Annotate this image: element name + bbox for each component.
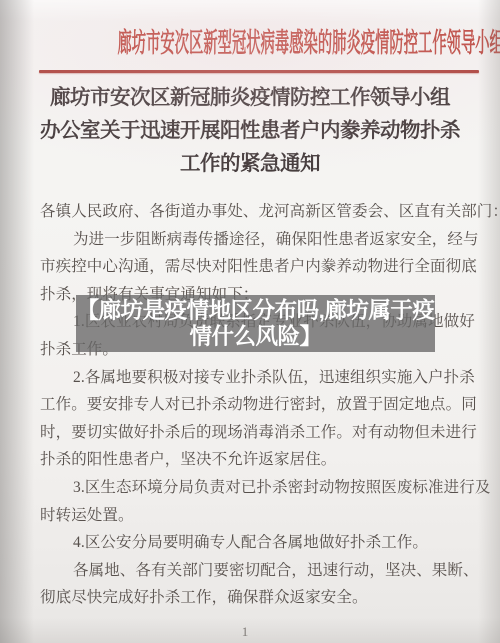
body-line: 工作。要安排专人对已扑杀动物进行密封，放置于固定地点。同 (40, 391, 466, 419)
document-photo: 廊坊市安次区新型冠状病毒感染的肺炎疫情防控工作领导小组办公室 廊坊市安次区新冠肺… (0, 0, 500, 643)
body-line: 各属地、各有关部门要密切配合，迅速行动，坚决、果断、 (40, 557, 466, 585)
body-line: 市疾控中心沟通，需尽快对阳性患者户内豢养动物进行全面彻底 (40, 253, 466, 281)
body-line: 4.区公安分局要明确专人配合各属地做好扑杀工作。 (40, 529, 466, 557)
letterhead-title: 廊坊市安次区新型冠状病毒感染的肺炎疫情防控工作领导小组办公室 (118, 27, 383, 59)
body-line: 3.区生态环境分局负责对已扑杀密封动物按照医废标准进行及 (40, 474, 466, 502)
body-line: 扑杀的阳性患者户，坚决不允许返家居住。 (40, 446, 466, 474)
document-title: 廊坊市安次区新冠肺炎疫情防控工作领导小组 办公室关于迅速开展阳性患者户内豢养动物… (0, 82, 500, 181)
body-line: 时转运处置。 (40, 502, 466, 530)
document-body: 各镇人民政府、各街道办事处、龙河高新区管委会、区直有关部门： 为进一步阻断病毒传… (40, 198, 466, 612)
document-title-line: 办公室关于迅速开展阳性患者户内豢养动物扑杀 (0, 115, 500, 148)
caption-text-line: 【廊坊是疫情地区分布吗,廊坊属于疫 (77, 298, 435, 324)
body-line: 时，要切实做好扑杀后的现场消毒消杀工作。对有动物但未进行 (40, 419, 466, 447)
caption-text-line: 情什么风险】 (189, 324, 321, 350)
page-number: 1 (0, 624, 495, 640)
letterhead-divider (39, 70, 479, 73)
document-title-line: 廊坊市安次区新冠肺炎疫情防控工作领导小组 (0, 82, 500, 115)
caption-overlay: 【廊坊是疫情地区分布吗,廊坊属于疫 情什么风险】 (76, 295, 435, 352)
body-line: 为进一步阻断病毒传播途径，确保阳性患者返家安全，经与 (40, 226, 466, 254)
body-line: 彻底尽快完成好扑杀工作，确保群众返家安全。 (40, 584, 466, 612)
body-line: 2.各属地要积极对接专业扑杀队伍，迅速组织实施入户扑杀 (40, 364, 466, 392)
body-line: 各镇人民政府、各街道办事处、龙河高新区管委会、区直有关部门： (40, 198, 466, 226)
document-title-line: 工作的紧急通知 (0, 148, 500, 181)
